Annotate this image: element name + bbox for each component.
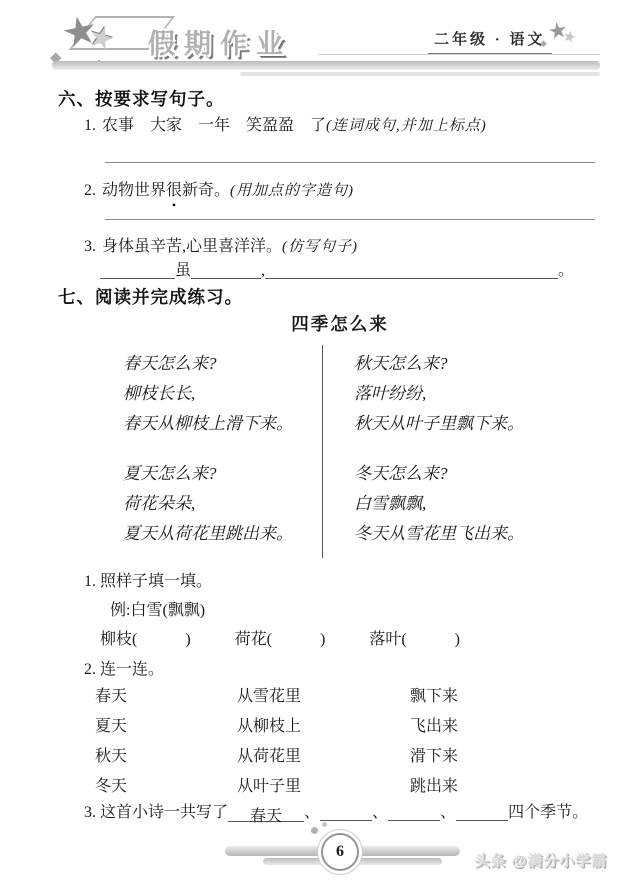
poem-column-divider — [322, 345, 323, 558]
poem-title: 四季怎么来 — [100, 311, 580, 336]
item-number: 1. — [84, 117, 96, 134]
section-6-heading: 六、按要求写句子。 — [58, 86, 225, 111]
footer-dot — [322, 822, 327, 827]
poem-column-left: 春天怎么来? 柳枝长长, 春天从柳枝上滑下来。 夏天怎么来? 荷花朵朵, 夏天从… — [123, 349, 293, 549]
fill-fixed-char: 虽 — [175, 262, 191, 279]
page-number-circle: 6 — [321, 833, 359, 871]
cube-icon: ◆ — [540, 38, 547, 49]
match-source: 从雪花里 — [237, 682, 410, 712]
poem-line: 荷花朵朵, — [123, 489, 293, 519]
question-1-example: 例:白雪(飘飘) — [110, 597, 205, 620]
match-season: 秋天 — [95, 742, 237, 772]
page-number: 6 — [336, 843, 344, 861]
emphasized-char: 很 — [166, 182, 182, 199]
separator: 、 — [372, 804, 388, 821]
match-source: 从荷花里 — [237, 742, 410, 772]
question-3-sentence: 3. 这首小诗一共写了春天、、、四个季节。 — [84, 799, 588, 822]
poem-line: 夏天从荷花里跳出来。 — [123, 519, 293, 549]
exercise-item-1: 1.农事 大家 一年 笑盈盈 了(连词成句,并加上标点) — [84, 112, 487, 135]
question-2-label: 2. 连一连。 — [84, 656, 164, 679]
poem-line: 夏天怎么来? — [123, 459, 293, 489]
poem-line: 春天从柳枝上滑下来。 — [123, 409, 293, 439]
q3-answer: 春天 — [250, 808, 282, 825]
worksheet-page: ★ ★ ◆ ◆ 假期作业 二年级 · 语文 ★ ★ ◆ 六、按要求写句子。 1.… — [0, 0, 640, 886]
grade-subject-label: 二年级 · 语文 — [428, 28, 552, 54]
match-season: 冬天 — [95, 772, 237, 802]
booklet-title: 假期作业 — [148, 22, 292, 61]
answered-blank: 春天 — [228, 803, 304, 822]
fill-item: 落叶( ) — [369, 631, 460, 648]
answer-line — [105, 219, 595, 220]
item-text: 新奇。 — [182, 182, 230, 199]
poem-line: 冬天怎么来? — [354, 459, 524, 489]
fill-in-sentence: 虽,。 — [100, 257, 574, 280]
q3-tail: 四个季节。 — [508, 804, 588, 821]
dotted-character: 很• — [166, 177, 182, 200]
fill-period: 。 — [558, 262, 574, 279]
fill-item: 柳枝( ) — [100, 631, 191, 648]
q3-lead: 这首小诗一共写了 — [100, 804, 228, 821]
answer-blank — [100, 260, 175, 279]
match-action: 飘下来 — [410, 682, 458, 712]
separator: 、 — [304, 804, 320, 821]
poem-line: 冬天从雪花里飞出来。 — [354, 519, 524, 549]
poem-line: 落叶纷纷, — [354, 379, 524, 409]
header-thin-line — [318, 54, 600, 55]
exercise-item-2: 2.动物世界很•新奇。(用加点的字造句) — [84, 177, 354, 200]
item-number: 3. — [84, 238, 96, 255]
match-action: 滑下来 — [410, 742, 458, 772]
separator: 、 — [440, 804, 456, 821]
poem-line: 秋天从叶子里飘下来。 — [354, 409, 524, 439]
answer-blank — [388, 802, 440, 821]
matching-exercise: 春天从雪花里飘下来 夏天从柳枝上飞出来 秋天从荷花里滑下来 冬天从叶子里跳出来 — [95, 682, 458, 802]
footer-bar-left — [225, 846, 325, 856]
item-text: 身体虽辛苦,心里喜洋洋。 — [102, 238, 282, 255]
answer-line — [105, 162, 595, 163]
item-instruction: (连词成句,并加上标点) — [326, 118, 487, 134]
footer-dot — [311, 827, 318, 834]
poem-column-right: 秋天怎么来? 落叶纷纷, 秋天从叶子里飘下来。 冬天怎么来? 白雪飘飘, 冬天从… — [354, 349, 524, 549]
star-icon: ★ — [560, 29, 578, 48]
item-instruction: (用加点的字造句) — [230, 183, 354, 199]
emphasis-dot: • — [172, 199, 176, 211]
answer-blank — [265, 260, 558, 279]
match-action: 飞出来 — [410, 712, 458, 742]
match-season: 春天 — [95, 682, 237, 712]
poem-line: 秋天怎么来? — [354, 349, 524, 379]
header-gradient-bar — [52, 61, 600, 70]
header-gradient-bar-secondary — [240, 72, 600, 76]
question-1-label: 1. 照样子填一填。 — [84, 568, 212, 591]
question-1-fill-items: 柳枝( )荷花( )落叶( ) — [100, 626, 504, 649]
answer-blank — [191, 260, 261, 279]
fill-item: 荷花( ) — [235, 631, 326, 648]
item-words: 农事 大家 一年 笑盈盈 了 — [102, 117, 326, 134]
item-instruction: (仿写句子) — [282, 239, 358, 255]
match-season: 夏天 — [95, 712, 237, 742]
footer-ornament: 6 — [225, 832, 460, 876]
item-number: 2. — [84, 182, 96, 199]
footer-bar-right — [356, 846, 460, 856]
section-7-heading: 七、阅读并完成练习。 — [58, 284, 243, 309]
match-source: 从柳枝上 — [237, 712, 410, 742]
exercise-item-3: 3.身体虽辛苦,心里喜洋洋。(仿写句子) — [84, 233, 358, 256]
watermark: 头条 @满分小学霸 — [475, 850, 608, 871]
answer-blank — [320, 802, 372, 821]
poem-line: 柳枝长长, — [123, 379, 293, 409]
answer-blank — [456, 802, 508, 821]
poem-line: 白雪飘飘, — [354, 489, 524, 519]
poem-line: 春天怎么来? — [123, 349, 293, 379]
match-source: 从叶子里 — [237, 772, 410, 802]
match-action: 跳出来 — [410, 772, 458, 802]
item-text: 动物世界 — [102, 182, 166, 199]
item-number: 3. — [84, 804, 96, 821]
